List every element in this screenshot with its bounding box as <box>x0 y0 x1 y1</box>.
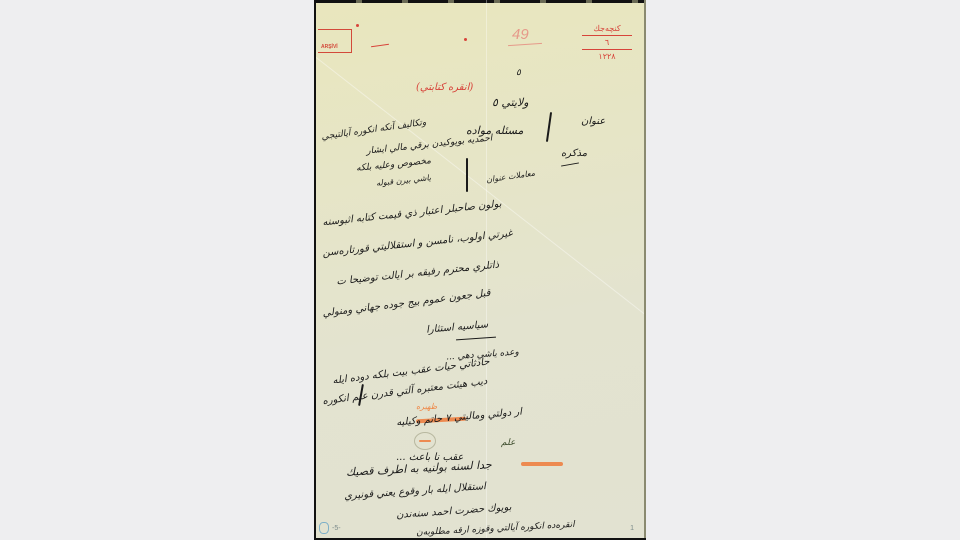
sub-bracket <box>466 158 468 192</box>
heading-bracket <box>546 112 552 142</box>
body-line: ياشي بيرن قبوله <box>376 173 432 188</box>
body-line: غيرتي اولوب، نامسن و استقلاليتي قورتاره‌… <box>322 228 513 259</box>
red-dot <box>464 38 467 41</box>
orange-highlight <box>419 440 431 442</box>
body-line: احمديه بويوكيدن برقي مالي‌ ايشار <box>366 133 493 156</box>
red-dot <box>356 24 359 27</box>
body-line: جدا لسنه بولنيه به اطرف قصيك <box>346 458 492 479</box>
footer-right-mark: 1 <box>630 525 634 532</box>
ref-divider <box>582 35 632 36</box>
page-top-edge <box>316 0 646 3</box>
body-line: معاملات عنوان <box>486 169 536 185</box>
body-line: ار دولتي وماليتي ٧ حاتم وكيليه <box>396 407 523 429</box>
orange-note: ظهيره <box>416 402 437 411</box>
body-line: ذاتلري محترم رفيقه بر ايالت توضيحا ت <box>336 259 500 287</box>
underline <box>456 337 496 341</box>
ref-divider <box>582 49 632 50</box>
reference-block: كنچه‌جك ٦ ١٢٢٨ <box>582 24 632 61</box>
body-line: قبل جعون عموم بيج جوده جهاني ومنولي <box>322 288 491 320</box>
body-line: سياسيه استثارا <box>426 319 489 335</box>
ref-top: كنچه‌جك <box>582 24 632 33</box>
footer-left-mark: -5- <box>332 525 341 532</box>
body-line: انقره‌ده انكوره آيالتي وقوزه ارقه مطلوبه… <box>416 520 575 538</box>
corner-stamp <box>319 522 329 534</box>
body-line: استقلال ايله بار وقوع يعني قونيري <box>344 481 486 502</box>
body-line: بولون صاحبلر اعتبار ذي قيمت كتابه اثبوسن… <box>322 199 502 229</box>
heading-right-label: عنوان <box>581 116 605 127</box>
folio-number: 49 <box>512 26 529 43</box>
red-heading: (انقره كتابتي) <box>416 82 473 93</box>
side-label-underline <box>561 162 579 166</box>
archive-stamp: ARŞİVİ <box>318 29 352 53</box>
red-stroke <box>371 44 389 47</box>
margin-note: علم <box>501 438 515 448</box>
side-label: مذكره <box>561 148 587 159</box>
ref-bottom: ١٢٢٨ <box>582 52 632 61</box>
heading-line-1: ولايتي ٥ <box>492 96 529 109</box>
folio-underline <box>508 43 542 46</box>
top-mark: ٥ <box>516 68 521 78</box>
body-line: مخصوص وعليه بلكه <box>356 156 432 174</box>
body-line: بويوك حضرت احمد سنه‌ندن <box>396 502 512 521</box>
ref-middle: ٦ <box>582 38 632 47</box>
orange-highlight <box>521 462 563 466</box>
document-page: ARŞİVİ 49 كنچه‌جك ٦ ١٢٢٨ ٥ (انقره كتابتي… <box>314 0 646 540</box>
